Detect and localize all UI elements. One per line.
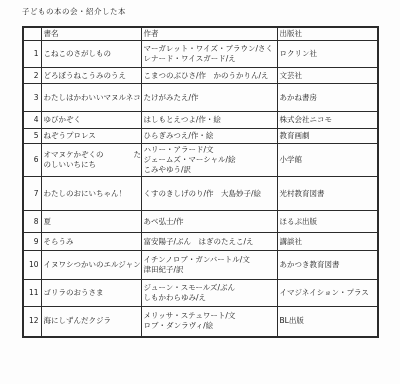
author-cell: マーガレット・ワイズ・ブラウン/さくレナード・ワイスガード/え: [141, 41, 277, 68]
row-number-cell: 4: [23, 112, 41, 129]
header-title: 書名: [41, 27, 141, 41]
table-row: 7わたしのおにいちゃん！くすのきしげのり/作 大島妙子/絵光村教育図書: [23, 177, 378, 211]
book-title-cell: こねこのさがしもの: [41, 41, 141, 68]
book-list-table: 書名 作者 出版社 1こねこのさがしものマーガレット・ワイズ・ブラウン/さくレナ…: [22, 26, 379, 338]
row-number-cell: 8: [23, 211, 41, 233]
author-cell: イチンノロブ・ガンバートル/文津田紀子/訳: [141, 251, 277, 280]
publisher-cell: イマジネイション・プラス: [277, 280, 378, 307]
publisher-cell: 文芸社: [277, 68, 378, 84]
book-title-cell: オマヌケかぞくの たのしいいちにち: [41, 144, 141, 177]
publisher-cell: あかね書房: [277, 84, 378, 112]
publisher-cell: BL出版: [277, 307, 378, 337]
table-row: 9そらうみ富安陽子/ぶん はぎのたえこ/え講談社: [23, 233, 378, 251]
author-cell: 富安陽子/ぶん はぎのたえこ/え: [141, 233, 277, 251]
row-number-cell: 9: [23, 233, 41, 251]
table-row: 5ねぞうプロレスひらぎみつえ/作・絵教育画劇: [23, 129, 378, 144]
publisher-cell: ロクリン社: [277, 41, 378, 68]
row-number-cell: 12: [23, 307, 41, 337]
table-row: 8夏あべ弘士/作ほるぷ出版: [23, 211, 378, 233]
publisher-cell: 小学館: [277, 144, 378, 177]
table-row: 3わたしはかわいいマヌルネコたけがみたえ/作あかね書房: [23, 84, 378, 112]
table-row: 6オマヌケかぞくの たのしいいちにちハリー・アラード/文ジェームズ・マーシャル/…: [23, 144, 378, 177]
author-cell: ひらぎみつえ/作・絵: [141, 129, 277, 144]
author-cell: ジューン・スモールズ/ぶんしもかわらゆみ/え: [141, 280, 277, 307]
author-cell: たけがみたえ/作: [141, 84, 277, 112]
book-title-cell: ねぞうプロレス: [41, 129, 141, 144]
author-cell: こまつのぶひさ/作 かのうかりん/え: [141, 68, 277, 84]
author-cell: はしもとえつよ/作・絵: [141, 112, 277, 129]
row-number-cell: 7: [23, 177, 41, 211]
book-title-cell: 海にしずんだクジラ: [41, 307, 141, 337]
page-title: 子どもの本の会・紹介した本: [22, 6, 126, 17]
table-row: 1こねこのさがしものマーガレット・ワイズ・ブラウン/さくレナード・ワイスガード/…: [23, 41, 378, 68]
row-number-cell: 3: [23, 84, 41, 112]
book-title-cell: どろぼうねこうみのうえ: [41, 68, 141, 84]
row-number-cell: 11: [23, 280, 41, 307]
header-author: 作者: [141, 27, 277, 41]
author-cell: ハリー・アラード/文ジェームズ・マーシャル/絵こみやゆう/訳: [141, 144, 277, 177]
book-table-body: 1こねこのさがしものマーガレット・ワイズ・ブラウン/さくレナード・ワイスガード/…: [23, 41, 378, 337]
publisher-cell: ほるぷ出版: [277, 211, 378, 233]
row-number-cell: 2: [23, 68, 41, 84]
table-row: 2どろぼうねこうみのうえこまつのぶひさ/作 かのうかりん/え文芸社: [23, 68, 378, 84]
header-publisher: 出版社: [277, 27, 378, 41]
author-cell: あべ弘士/作: [141, 211, 277, 233]
publisher-cell: 光村教育図書: [277, 177, 378, 211]
book-title-cell: イヌワシつかいのエルジャン: [41, 251, 141, 280]
row-number-cell: 10: [23, 251, 41, 280]
header-number: [23, 27, 41, 41]
book-title-cell: ゆびかぞく: [41, 112, 141, 129]
row-number-cell: 5: [23, 129, 41, 144]
publisher-cell: あかつき教育図書: [277, 251, 378, 280]
publisher-cell: 講談社: [277, 233, 378, 251]
publisher-cell: 株式会社ニコモ: [277, 112, 378, 129]
row-number-cell: 1: [23, 41, 41, 68]
table-row: 12海にしずんだクジラメリッサ・ステュワート/文ロブ・ダンラヴィ/絵BL出版: [23, 307, 378, 337]
table-row: 4ゆびかぞくはしもとえつよ/作・絵株式会社ニコモ: [23, 112, 378, 129]
book-title-cell: わたしはかわいいマヌルネコ: [41, 84, 141, 112]
book-title-cell: わたしのおにいちゃん！: [41, 177, 141, 211]
publisher-cell: 教育画劇: [277, 129, 378, 144]
table-row: 11ゴリラのおうさまジューン・スモールズ/ぶんしもかわらゆみ/えイマジネイション…: [23, 280, 378, 307]
table-row: 10イヌワシつかいのエルジャンイチンノロブ・ガンバートル/文津田紀子/訳あかつき…: [23, 251, 378, 280]
row-number-cell: 6: [23, 144, 41, 177]
book-title-cell: 夏: [41, 211, 141, 233]
author-cell: くすのきしげのり/作 大島妙子/絵: [141, 177, 277, 211]
table-header-row: 書名 作者 出版社: [23, 27, 378, 41]
author-cell: メリッサ・ステュワート/文ロブ・ダンラヴィ/絵: [141, 307, 277, 337]
book-title-cell: そらうみ: [41, 233, 141, 251]
book-title-cell: ゴリラのおうさま: [41, 280, 141, 307]
table-header: 書名 作者 出版社: [23, 27, 378, 41]
